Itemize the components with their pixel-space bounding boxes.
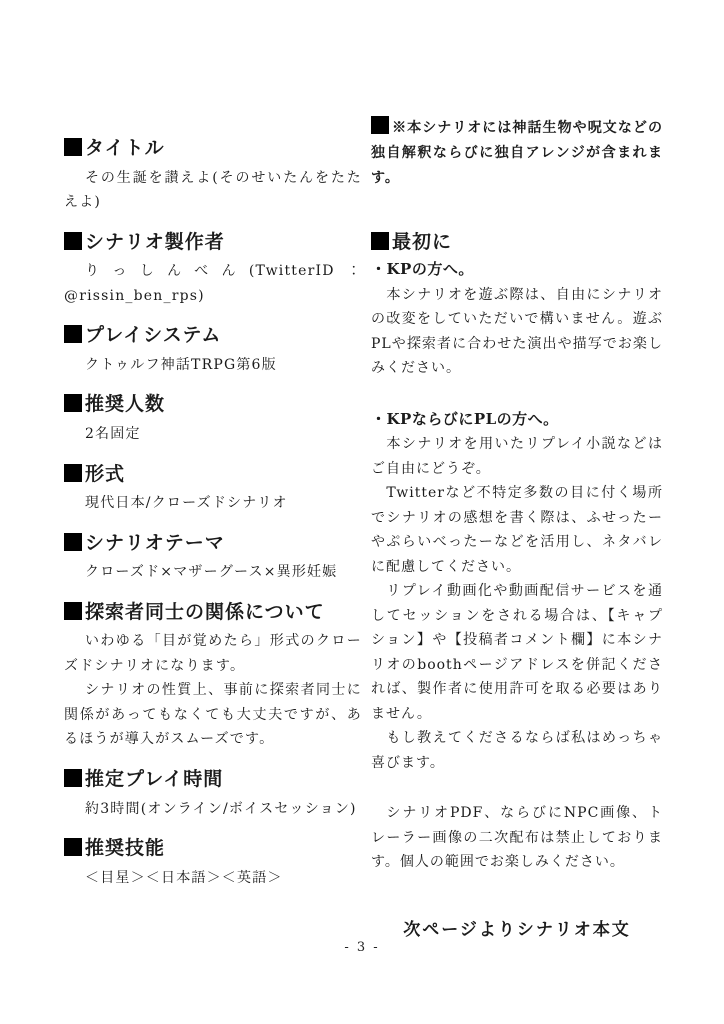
section-scenario-theme: シナリオテーマ クローズド×マザーグース×異形妊娠 — [64, 531, 362, 585]
page-number: - 3 - — [0, 940, 724, 955]
black-square-bullet-icon — [64, 533, 82, 551]
section-body-paragraph: ＜目星＞＜日本語＞＜英語＞ — [64, 866, 362, 891]
black-square-bullet-icon — [64, 138, 82, 156]
kp-pl-subheading: ・KPならびにPLの方へ。 — [371, 407, 663, 433]
section-heading-label: 形式 — [85, 463, 125, 485]
kp-paragraph: 本シナリオを遊ぶ際は、自由にシナリオの改変をしていただいで構いません。遊ぶPLや… — [371, 283, 663, 381]
left-column: タイトル その生誕を讃えよ(そのせいたんをたたえよ) シナリオ製作者 りっしんべ… — [64, 136, 362, 905]
section-investigator-relations: 探索者同士の関係について いわゆる「目が覚めたら」形式のクローズドシナリオになり… — [64, 600, 362, 752]
kp-pl-paragraph: Twitterなど不特定多数の目に付く場所でシナリオの感想を書く際は、ふせったー… — [371, 481, 663, 579]
section-heading: タイトル — [64, 136, 362, 162]
section-body-paragraph: クトゥルフ神話TRPG第6版 — [64, 353, 362, 378]
black-square-bullet-icon — [371, 232, 389, 250]
black-square-bullet-icon — [64, 325, 82, 343]
section-heading-label: 推奨技能 — [85, 837, 165, 859]
section-heading: プレイシステム — [64, 323, 362, 349]
section-heading-label: シナリオ製作者 — [85, 231, 225, 253]
kp-pl-paragraph: リプレイ動画化や動画配信サービスを通してセッションをされる場合は、【キャプション… — [371, 579, 663, 726]
section-heading: 探索者同士の関係について — [64, 600, 362, 626]
kp-subheading: ・KPの方へ。 — [371, 257, 663, 283]
section-play-time: 推定プレイ時間 約3時間(オンライン/ボイスセッション) — [64, 767, 362, 821]
black-square-bullet-icon — [371, 116, 389, 134]
black-square-bullet-icon — [64, 394, 82, 412]
distribution-note: シナリオPDF、ならびにNPC画像、トレーラー画像の二次配布は禁止しております。… — [371, 801, 663, 875]
section-body-paragraph: いわゆる「目が覚めたら」形式のクローズドシナリオになります。 — [64, 629, 362, 678]
kp-pl-paragraph: 本シナリオを用いたリプレイ小説などはご自由にどうぞ。 — [371, 432, 663, 481]
section-body-paragraph: 約3時間(オンライン/ボイスセッション) — [64, 797, 362, 822]
arrangement-notice: ※本シナリオには神話生物や呪文などの独自解釈ならびに独自アレンジが含まれます。 — [371, 116, 663, 192]
arrangement-notice-text: ※本シナリオには神話生物や呪文などの独自解釈ならびに独自アレンジが含まれます。 — [371, 120, 663, 186]
section-heading: 推定プレイ時間 — [64, 767, 362, 793]
next-page-note: 次ページよりシナリオ本文 — [371, 915, 663, 940]
black-square-bullet-icon — [64, 838, 82, 856]
section-format: 形式 現代日本/クローズドシナリオ — [64, 462, 362, 516]
section-body-paragraph: クローズド×マザーグース×異形妊娠 — [64, 560, 362, 585]
kp-pl-paragraph: もし教えてくださるならば私はめっちゃ喜びます。 — [371, 726, 663, 775]
black-square-bullet-icon — [64, 602, 82, 620]
section-body-paragraph: 2名固定 — [64, 422, 362, 447]
section-heading-label: 推奨人数 — [85, 393, 165, 415]
section-heading: シナリオテーマ — [64, 531, 362, 557]
right-column: ※本シナリオには神話生物や呪文などの独自解釈ならびに独自アレンジが含まれます。 … — [371, 116, 663, 940]
section-title: タイトル その生誕を讃えよ(そのせいたんをたたえよ) — [64, 136, 362, 215]
section-heading-label: 推定プレイ時間 — [85, 768, 223, 790]
section-heading: 形式 — [64, 462, 362, 488]
intro-heading: 最初に — [371, 230, 663, 256]
section-recommended-skills: 推奨技能 ＜目星＞＜日本語＞＜英語＞ — [64, 836, 362, 890]
section-body-paragraph: 現代日本/クローズドシナリオ — [64, 491, 362, 516]
section-player-count: 推奨人数 2名固定 — [64, 392, 362, 446]
black-square-bullet-icon — [64, 232, 82, 250]
section-heading: シナリオ製作者 — [64, 230, 362, 256]
document-page: タイトル その生誕を讃えよ(そのせいたんをたたえよ) シナリオ製作者 りっしんべ… — [0, 0, 724, 1024]
section-heading-label: プレイシステム — [85, 324, 221, 346]
section-heading-label: タイトル — [85, 137, 165, 159]
black-square-bullet-icon — [64, 769, 82, 787]
section-body-paragraph: りっしんべん(TwitterID：@rissin_ben_rps) — [64, 259, 362, 308]
section-heading-label: シナリオテーマ — [85, 532, 225, 554]
section-play-system: プレイシステム クトゥルフ神話TRPG第6版 — [64, 323, 362, 377]
section-heading: 推奨技能 — [64, 836, 362, 862]
section-body-paragraph: その生誕を讃えよ(そのせいたんをたたえよ) — [64, 166, 362, 215]
black-square-bullet-icon — [64, 464, 82, 482]
section-heading: 推奨人数 — [64, 392, 362, 418]
section-author: シナリオ製作者 りっしんべん(TwitterID：@rissin_ben_rps… — [64, 230, 362, 309]
section-body-paragraph: シナリオの性質上、事前に探索者同士に関係があってもなくても大丈夫ですが、あるほう… — [64, 678, 362, 752]
intro-heading-label: 最初に — [392, 231, 452, 253]
section-heading-label: 探索者同士の関係について — [85, 601, 325, 623]
